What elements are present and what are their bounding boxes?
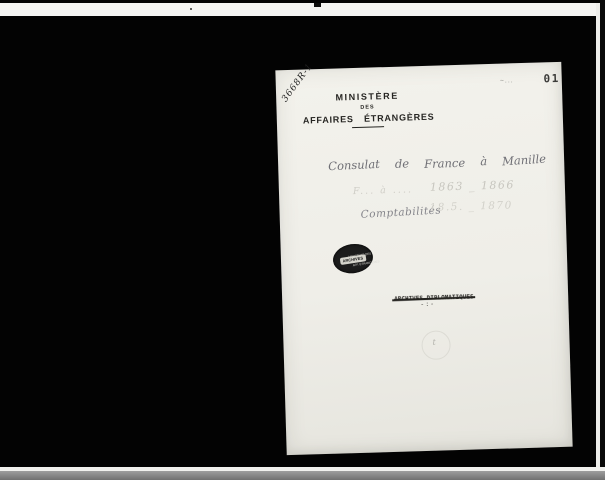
film-edge-top [0,3,605,16]
typed-separator: -:- [420,300,435,308]
letterhead-line1: MINISTÈRE [302,90,432,104]
film-edge-right-outer [600,0,605,480]
title-word: à [480,154,487,168]
counter-prefix-marks: ~... [500,77,514,84]
letterhead-line2: DES [302,102,432,112]
film-notch [314,3,321,7]
letterhead-line3: AFFAIRES ÉTRANGÈRES [303,111,433,125]
faint-dates-1863-1866: 1863 _ 1866 [430,178,515,194]
archive-oval-stamp-icon: MINISTÈRE DES ARCHIVES AFF. ÉTRANGÈRES [331,241,375,276]
title-word: Manille [502,152,547,169]
embossed-seal-icon: t [421,330,451,360]
faint-handwritten-note: F... à .... [353,184,413,197]
seal-mark: t [432,338,435,347]
faint-dates-secondary: 18.5. _ 1870 [429,199,513,213]
document-page: 3668R-1 MINISTÈRE DES AFFAIRES ÉTRANGÈRE… [275,62,572,455]
title-word: Consulat [328,157,380,173]
title-word: France [424,156,465,171]
frame-counter-zone: ~... 01 [500,72,562,88]
letterhead-underline [352,126,384,128]
handwritten-title: Consulat de France à Manille [328,152,546,172]
title-word: de [395,156,410,170]
film-base-strip [0,471,605,480]
frame-counter: 01 [543,72,560,85]
film-dust-dot [190,8,192,10]
ministry-letterhead: MINISTÈRE DES AFFAIRES ÉTRANGÈRES [302,90,433,130]
microfilm-frame: 3668R-1 MINISTÈRE DES AFFAIRES ÉTRANGÈRE… [0,0,605,480]
